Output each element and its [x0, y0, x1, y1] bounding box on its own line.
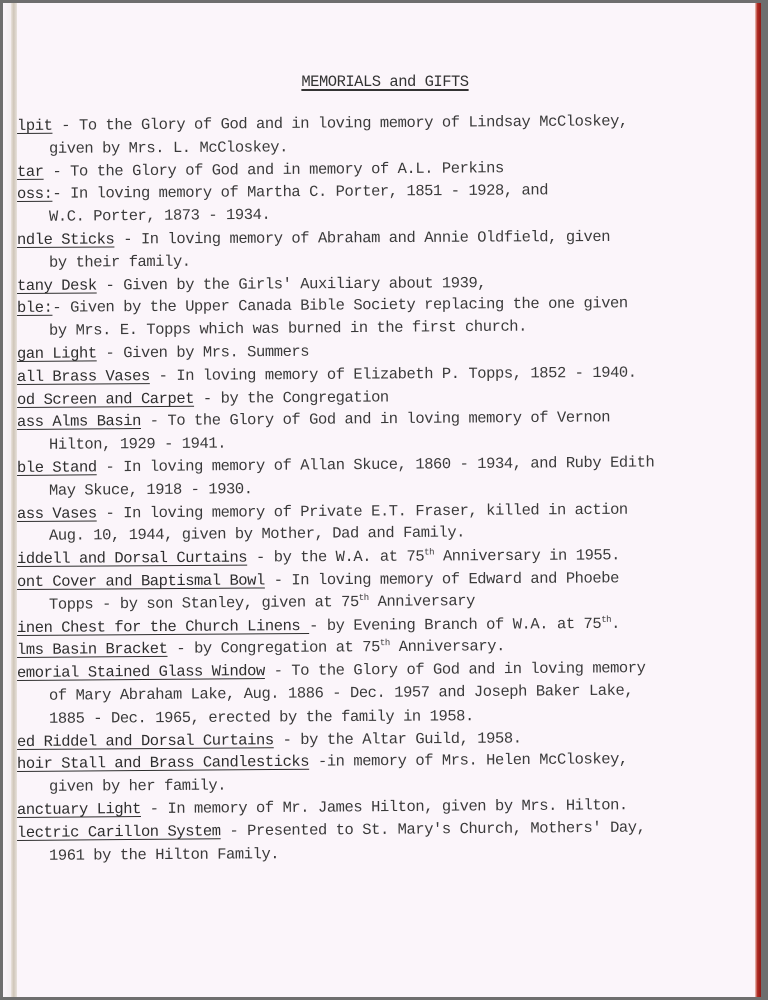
memorial-description: by Evening Branch of W.A. at 75th. [327, 614, 620, 634]
separator: - [265, 571, 292, 589]
memorial-description: In loving memory of Elizabeth P. Topps, … [176, 363, 636, 384]
memorial-description: To the Glory of God and in loving memory… [167, 409, 610, 430]
memorial-item-name: ndle Sticks [17, 230, 114, 249]
red-page-edge [755, 3, 761, 997]
memorial-item-name: ass Alms Basin [17, 412, 141, 431]
separator: - [247, 549, 274, 567]
separator: - [309, 616, 327, 634]
separator: - [265, 662, 292, 680]
memorial-item-name: all Brass Vases [17, 367, 150, 386]
separator: - [150, 367, 177, 385]
memorial-description: by Congregation at 75th Anniversary. [194, 637, 505, 657]
memorial-description: by the Congregation [221, 388, 389, 407]
separator: - [221, 822, 248, 840]
memorial-item-name: lpit [17, 117, 53, 135]
memorial-description: Hilton, 1929 - 1941. [49, 435, 226, 454]
memorial-description: Presented to St. Mary's Church, Mothers'… [247, 818, 645, 839]
memorial-entry-continuation: 1961 by the Hilton Family. [17, 839, 747, 867]
document-page: MEMORIALS and GIFTS lpit - To the Glory … [3, 3, 761, 997]
memorial-description: given by Mrs. L. McCloskey. [49, 138, 288, 157]
binding-shadow [3, 3, 11, 997]
memorial-description: May Skuce, 1918 - 1930. [49, 480, 253, 500]
separator: - [141, 800, 168, 818]
memorial-item-name: ed Riddel and Dorsal Curtains [17, 731, 274, 751]
memorial-item-name: emorial Stained Glass Window [17, 662, 265, 682]
memorial-description: Given by the Upper Canada Bible Society … [70, 295, 628, 317]
memorial-item-name: oss: [17, 185, 53, 203]
separator: - [97, 276, 124, 294]
memorial-item-name: lectric Carillon System [17, 822, 221, 842]
separator: - [52, 299, 70, 317]
scanned-page-background: MEMORIALS and GIFTS lpit - To the Glory … [0, 0, 768, 1000]
separator: - [43, 162, 70, 180]
memorial-description: To the Glory of God and in memory of A.L… [70, 159, 504, 180]
memorial-description: by Mrs. E. Topps which was burned in the… [49, 318, 527, 340]
memorial-item-name: iddell and Dorsal Curtains [17, 549, 247, 568]
separator: - [141, 412, 168, 430]
memorial-description: Given by Mrs. Summers [123, 343, 309, 362]
memorial-item-name: ont Cover and Baptismal Bowl [17, 571, 265, 591]
memorial-description: In loving memory of Private E.T. Fraser,… [123, 500, 628, 522]
separator: - [97, 344, 124, 362]
memorials-list: lpit - To the Glory of God and in loving… [17, 115, 747, 867]
separator: - [52, 117, 79, 135]
separator: - [309, 753, 327, 771]
memorial-description: Topps - by son Stanley, given at 75th An… [49, 592, 475, 614]
memorial-item-name: hoir Stall and Brass Candlesticks [17, 753, 309, 773]
separator: - [167, 640, 194, 658]
memorial-description: Given by the Girls' Auxiliary about 1939… [123, 274, 486, 294]
page-title: MEMORIALS and GIFTS [3, 73, 761, 91]
memorial-item-name: lms Basin Bracket [17, 640, 168, 659]
memorial-description: 1885 - Dec. 1965, erected by the family … [49, 707, 474, 728]
memorial-description: Aug. 10, 1944, given by Mother, Dad and … [49, 524, 465, 545]
memorial-description: of Mary Abraham Lake, Aug. 1886 - Dec. 1… [49, 682, 633, 705]
separator: - [114, 230, 141, 248]
memorial-item-name: ble Stand [17, 458, 97, 477]
memorial-description: In memory of Mr. James Hilton, given by … [167, 796, 627, 818]
memorial-description: To the Glory of God and in loving memory… [79, 112, 628, 134]
memorial-entry-continuation: W.C. Porter, 1873 - 1934. [17, 200, 747, 229]
separator: - [97, 458, 124, 476]
memorial-description: W.C. Porter, 1873 - 1934. [49, 206, 270, 226]
memorial-description: in memory of Mrs. Helen McCloskey, [327, 751, 628, 771]
separator: - [97, 504, 124, 522]
memorial-description: In loving memory of Allan Skuce, 1860 - … [123, 453, 654, 476]
memorial-description: In loving memory of Abraham and Annie Ol… [141, 228, 610, 248]
memorial-description: by their family. [49, 252, 191, 271]
memorial-description: by the Altar Guild, 1958. [300, 729, 521, 749]
memorial-item-name: od Screen and Carpet [17, 389, 194, 408]
memorial-description: given by her family. [49, 777, 226, 796]
memorial-description: To the Glory of God and in loving memory [291, 659, 645, 680]
memorial-item-name: gan Light [17, 344, 97, 363]
memorial-description: by the W.A. at 75th Anniversary in 1955. [274, 546, 620, 566]
separator: - [194, 389, 221, 407]
memorial-item-name: ass Vases [17, 504, 97, 523]
memorial-item-name: tany Desk [17, 276, 97, 294]
memorial-item-name: tar [17, 162, 44, 180]
memorial-description: In loving memory of Edward and Phoebe [291, 569, 619, 589]
memorial-item-name: anctuary Light [17, 800, 141, 819]
separator: - [274, 731, 301, 749]
memorial-item-name: ble: [17, 299, 53, 317]
memorial-item-name: inen Chest for the Church Linens [17, 616, 309, 636]
memorial-description: 1961 by the Hilton Family. [49, 845, 279, 865]
memorial-description: In loving memory of Martha C. Porter, 18… [70, 182, 548, 203]
separator: - [52, 185, 70, 203]
